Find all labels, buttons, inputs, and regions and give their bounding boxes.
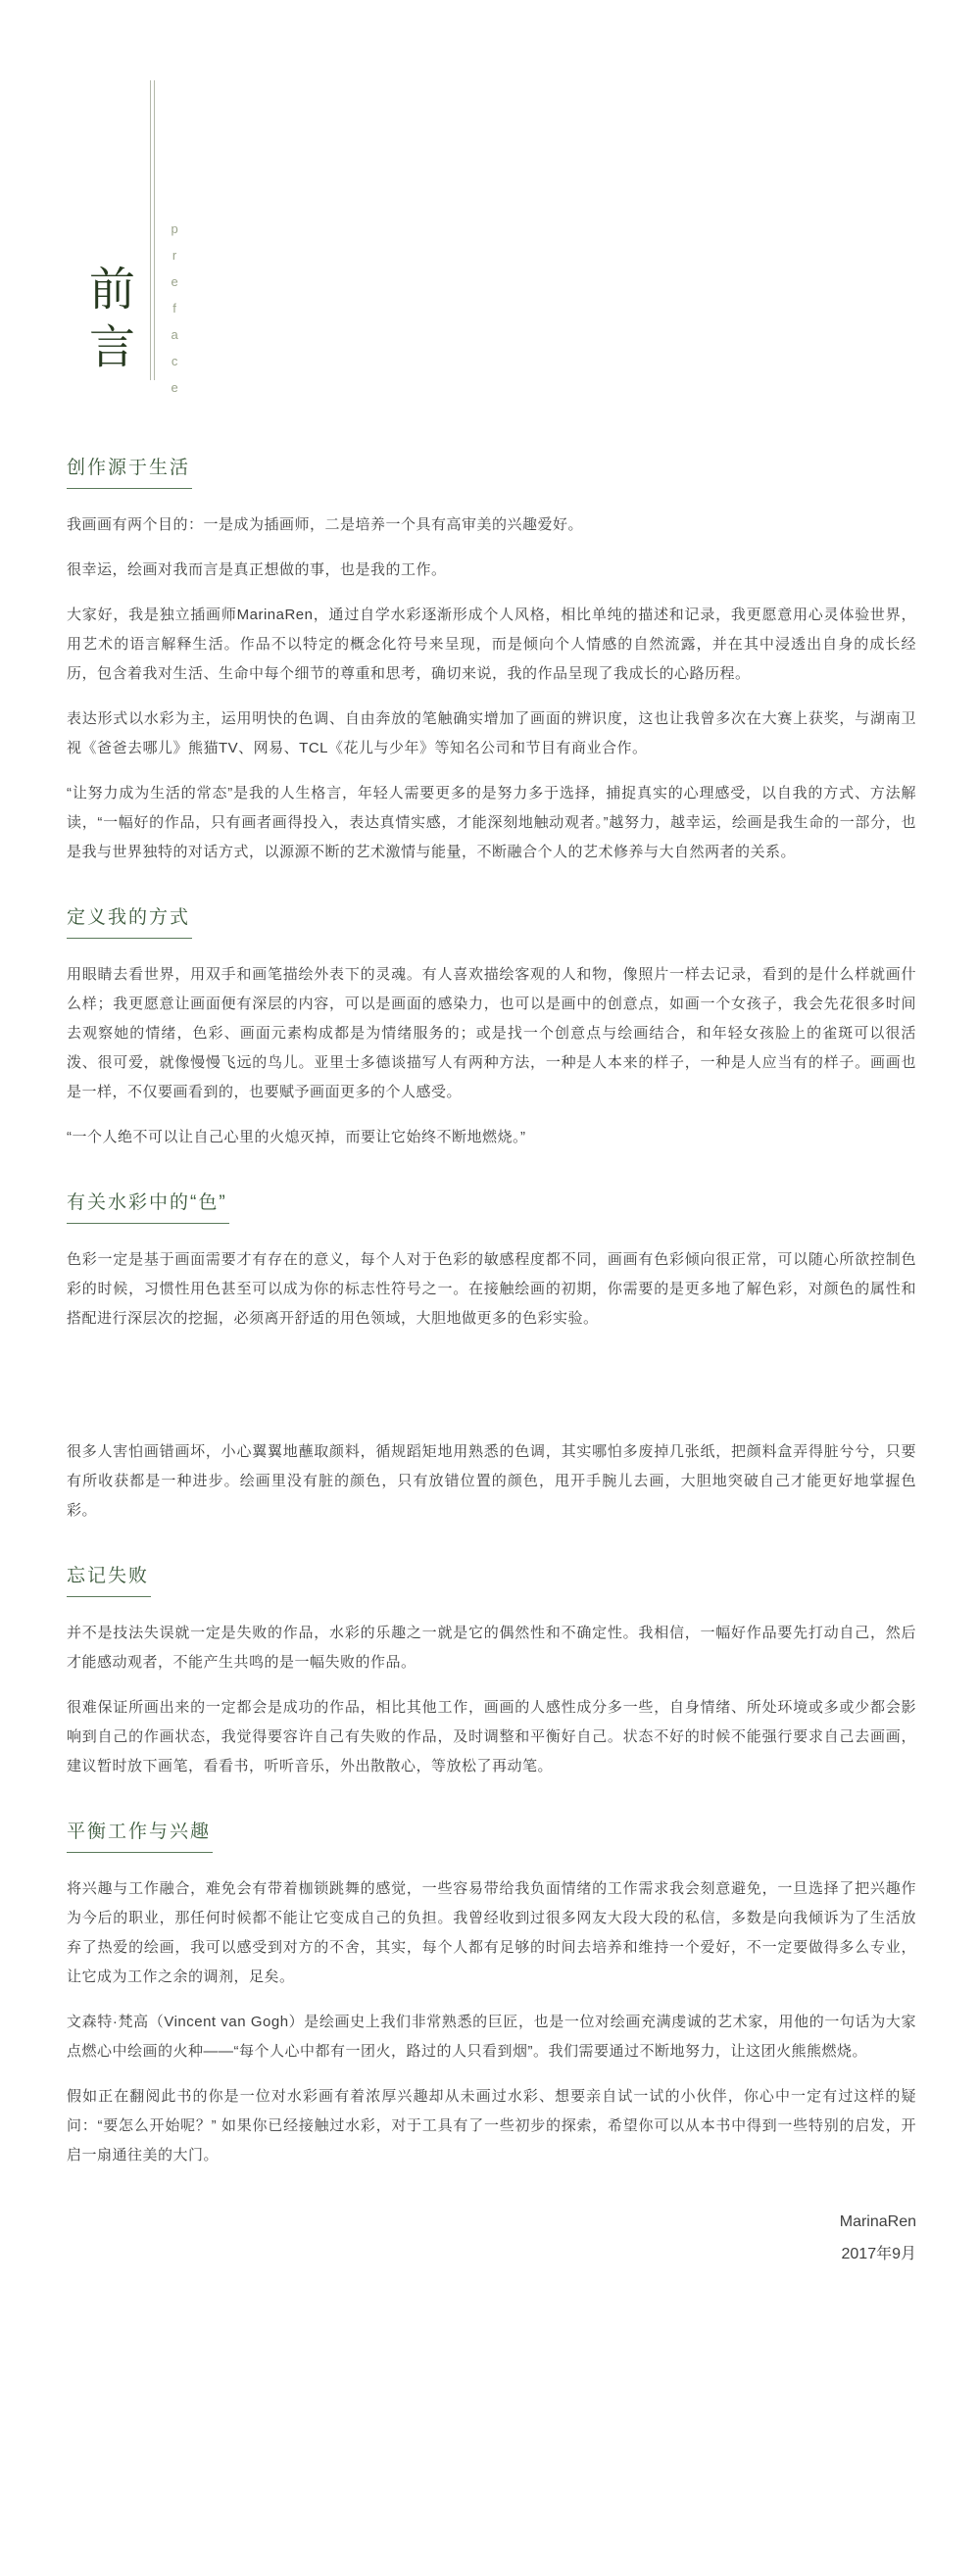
section-heading: 平衡工作与兴趣 [67,1817,213,1853]
paragraph: 表达形式以水彩为主，运用明快的色调、自由奔放的笔触确实增加了画面的辨识度，这也让… [67,705,916,763]
signature-date: 2017年9月 [67,2238,916,2270]
section-heading: 定义我的方式 [67,902,192,939]
section-creation-from-life: 创作源于生活 我画画有两个目的：一是成为插画师，二是培养一个具有高审美的兴趣爱好… [67,453,916,867]
paragraph: “让努力成为生活的常态”是我的人生格言，年轻人需要更多的是努力多于选择，捕捉真实… [67,779,916,867]
paragraph: 很难保证所画出来的一定都会是成功的作品，相比其他工作，画画的人感性成分多一些，自… [67,1693,916,1781]
paragraph: 很幸运，绘画对我而言是真正想做的事，也是我的工作。 [67,556,916,585]
section-forget-failure: 忘记失败 并不是技法失误就一定是失败的作品，水彩的乐趣之一就是它的偶然性和不确定… [67,1561,916,1781]
section-heading: 创作源于生活 [67,453,192,489]
paragraph: 将兴趣与工作融合，难免会有带着枷锁跳舞的感觉，一些容易带给我负面情绪的工作需求我… [67,1874,916,1992]
page-title-latin: preface [167,221,182,407]
signature-block: MarinaRen 2017年9月 [67,2206,916,2270]
vertical-divider [150,80,155,380]
section-color-in-watercolor: 有关水彩中的“色” 色彩一定是基于画面需要才有存在的意义，每个人对于色彩的敏感程… [67,1188,916,1526]
author-name: MarinaRen [67,2206,916,2238]
preface-content: 创作源于生活 我画画有两个目的：一是成为插画师，二是培养一个具有高审美的兴趣爱好… [67,453,916,2270]
section-heading: 有关水彩中的“色” [67,1188,229,1224]
paragraph: 文森特·梵高（Vincent van Gogh）是绘画史上我们非常熟悉的巨匠，也… [67,2008,916,2066]
paragraph: 大家好，我是独立插画师MarinaRen，通过自学水彩逐渐形成个人风格，相比单纯… [67,601,916,689]
section-defining-my-way: 定义我的方式 用眼睛去看世界，用双手和画笔描绘外表下的灵魂。有人喜欢描绘客观的人… [67,902,916,1152]
paragraph: 并不是技法失误就一定是失败的作品，水彩的乐趣之一就是它的偶然性和不确定性。我相信… [67,1619,916,1677]
paragraph: “一个人绝不可以让自己心里的火熄灭掉，而要让它始终不断地燃烧。” [67,1123,916,1152]
section-balance-work-interest: 平衡工作与兴趣 将兴趣与工作融合，难免会有带着枷锁跳舞的感觉，一些容易带给我负面… [67,1817,916,2170]
paragraph: 色彩一定是基于画面需要才有存在的意义，每个人对于色彩的敏感程度都不同，画画有色彩… [67,1245,916,1334]
paragraph: 用眼睛去看世界，用双手和画笔描绘外表下的灵魂。有人喜欢描绘客观的人和物，像照片一… [67,960,916,1107]
preface-page: 前言 preface 创作源于生活 我画画有两个目的：一是成为插画师，二是培养一… [0,0,980,2576]
section-heading: 忘记失败 [67,1561,151,1597]
paragraph: 假如正在翻阅此书的你是一位对水彩画有着浓厚兴趣却从未画过水彩、想要亲自试一试的小… [67,2082,916,2170]
page-title: 前言 [84,265,130,380]
paragraph: 我画画有两个目的：一是成为插画师，二是培养一个具有高审美的兴趣爱好。 [67,510,916,540]
masthead: 前言 preface [0,0,255,421]
paragraph: 很多人害怕画错画坏，小心翼翼地蘸取颜料，循规蹈矩地用熟悉的色调，其实哪怕多废掉几… [67,1437,916,1526]
